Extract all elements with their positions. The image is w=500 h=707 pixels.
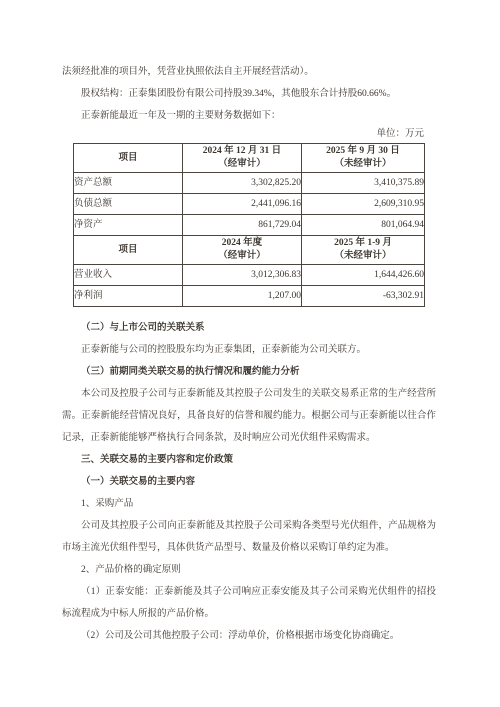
cell-item: 净资产 [74,215,183,236]
paragraph-pricing-point-1: （1）正泰安能：正泰新能及其子公司响应正泰安能及其子公司采购光伏组件的招投标流程… [62,581,436,625]
header-date-line: 2024 年 12 月 31 日 [183,145,301,158]
paragraph-purchase-product: 公司及其控股子公司向正泰新能及其控股子公司采购各类型号光伏组件，产品规格为市场主… [62,515,436,559]
document-content: 法须经批准的项目外，凭营业执照依法自主开展经营活动）。 股权结构：正泰集团股份有… [62,61,436,647]
header-audit-line: （经审计） [183,158,301,171]
cell-2024-value: 3,302,825.20 [183,173,302,194]
header-cell-2024-date: 2024 年 12 月 31 日 （经审计） [183,144,302,173]
table-row: 负债总额 2,441,096.16 2,609,310.95 [74,194,425,215]
table-header-row: 项目 2024 年度 （经审计） 2025 年 1-9 月 （未经审计） [74,236,425,265]
table-row: 资产总额 3,302,825.20 3,410,375.89 [74,173,425,194]
cell-2025-value: 801,064.94 [302,215,425,236]
financial-data-intro-line: 正泰新能最近一年及一期的主要财务数据如下： [62,105,436,127]
heading-listed-company-relation: （二）与上市公司的关联关系 [62,317,436,339]
unit-note: 单位：万元 [62,127,436,141]
cell-2025-value: 3,410,375.89 [302,173,425,194]
paragraph-relation: 正泰新能与公司的控股股东均为正泰集团，正泰新能为公司关联方。 [62,339,436,361]
cell-item: 营业收入 [74,265,183,286]
intro-continuation-line: 法须经批准的项目外，凭营业执照依法自主开展经营活动）。 [62,61,436,83]
header-cell-item: 项目 [74,236,183,265]
header-cell-2025-period: 2025 年 1-9 月 （未经审计） [302,236,425,265]
cell-item: 负债总额 [74,194,183,215]
document-page: 法须经批准的项目外，凭营业执照依法自主开展经营活动）。 股权结构：正泰集团股份有… [0,0,500,707]
header-date-line: 2025 年 9 月 30 日 [302,145,424,158]
table-row: 营业收入 3,012,306.83 1,644,426.60 [74,265,425,286]
cell-2024-value: 3,012,306.83 [183,265,302,286]
equity-structure-line: 股权结构：正泰集团股份有限公司持股39.34%，其他股东合计持股60.66%。 [62,83,436,105]
heading-main-content: （一）关联交易的主要内容 [62,471,436,493]
header-period-line: 2024 年度 [183,237,301,250]
cell-2025-value: -63,302.91 [302,286,425,307]
header-audit-line: （未经审计） [302,158,424,171]
cell-item: 净利润 [74,286,183,307]
cell-2025-value: 2,609,310.95 [302,194,425,215]
table-header-row: 项目 2024 年 12 月 31 日 （经审计） 2025 年 9 月 30 … [74,144,425,173]
cell-item: 资产总额 [74,173,183,194]
header-period-line: 2025 年 1-9 月 [302,237,424,250]
heading-main-content-pricing: 三、关联交易的主要内容和定价政策 [62,449,436,471]
header-cell-item: 项目 [74,144,183,173]
cell-2024-value: 861,729.04 [183,215,302,236]
header-audit-line: （未经审计） [302,250,424,263]
header-cell-2024-period: 2024 年度 （经审计） [183,236,302,265]
item-purchase-product-title: 1、采购产品 [62,493,436,515]
cell-2025-value: 1,644,426.60 [302,265,425,286]
cell-2024-value: 2,441,096.16 [183,194,302,215]
item-pricing-principle-title: 2、产品价格的确定原则 [62,559,436,581]
header-audit-line: （经审计） [183,250,301,263]
table-row: 净资产 861,729.04 801,064.94 [74,215,425,236]
heading-prior-transactions: （三）前期同类关联交易的执行情况和履约能力分析 [62,361,436,383]
table-row: 净利润 1,207.00 -63,302.91 [74,286,425,307]
paragraph-prior-transactions: 本公司及控股子公司与正泰新能及其控股子公司发生的关联交易系正常的生产经营所需。正… [62,383,436,449]
paragraph-pricing-point-2: （2）公司及公司其他控股子公司：浮动单价，价格根据市场变化协商确定。 [62,625,436,647]
financial-table: 项目 2024 年 12 月 31 日 （经审计） 2025 年 9 月 30 … [73,143,425,307]
cell-2024-value: 1,207.00 [183,286,302,307]
header-cell-2025-date: 2025 年 9 月 30 日 （未经审计） [302,144,425,173]
